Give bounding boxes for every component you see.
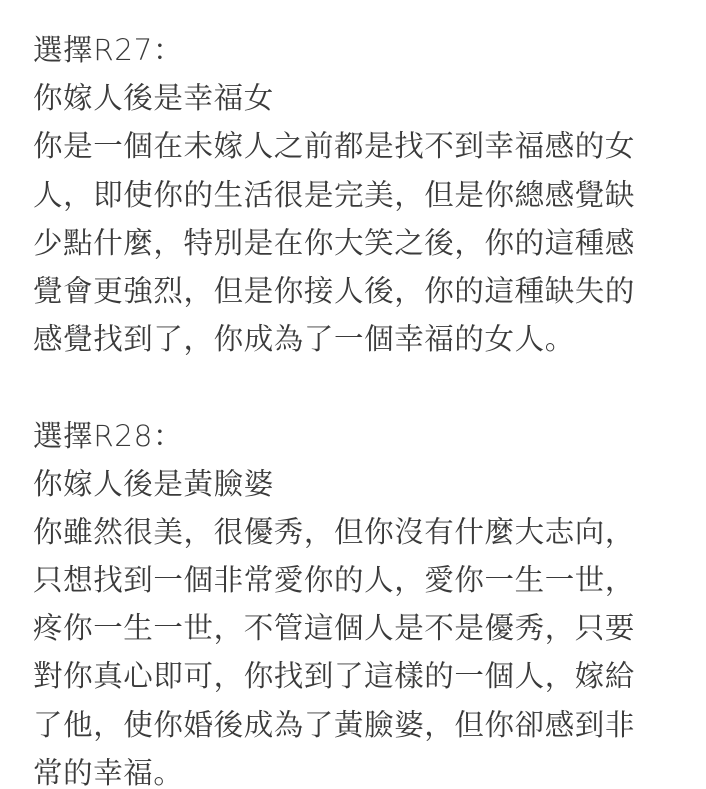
body-line: 你雖然很美，很優秀，但你沒有什麼大志向，	[33, 508, 693, 556]
body-line: 對你真心即可，你找到了這樣的一個人，嫁給	[33, 652, 693, 700]
section-r27: 選擇R27： 你嫁人後是幸福女 你是一個在未嫁人之前都是找不到幸福感的女 人，即…	[33, 26, 693, 363]
section-heading: 選擇R27：	[33, 26, 693, 74]
document-content: 選擇R27： 你嫁人後是幸福女 你是一個在未嫁人之前都是找不到幸福感的女 人，即…	[33, 26, 693, 789]
body-line: 感覺找到了，你成為了一個幸福的女人。	[33, 315, 693, 363]
body-line: 少點什麼，特別是在你大笑之後，你的這種感	[33, 219, 693, 267]
section-heading: 選擇R28：	[33, 412, 693, 460]
body-line: 覺會更強烈，但是你接人後，你的這種缺失的	[33, 267, 693, 315]
section-body: 你雖然很美，很優秀，但你沒有什麼大志向， 只想找到一個非常愛你的人，愛你一生一世…	[33, 508, 693, 789]
body-line: 常的幸福。	[33, 749, 693, 789]
body-line: 你是一個在未嫁人之前都是找不到幸福感的女	[33, 122, 693, 170]
body-line: 只想找到一個非常愛你的人，愛你一生一世，	[33, 556, 693, 604]
section-body: 你是一個在未嫁人之前都是找不到幸福感的女 人，即使你的生活很是完美，但是你總感覺…	[33, 122, 693, 363]
section-r28: 選擇R28： 你嫁人後是黃臉婆 你雖然很美，很優秀，但你沒有什麼大志向， 只想找…	[33, 412, 693, 789]
body-line: 了他，使你婚後成為了黃臉婆，但你卻感到非	[33, 701, 693, 749]
section-title: 你嫁人後是黃臉婆	[33, 460, 693, 508]
body-line: 疼你一生一世，不管這個人是不是優秀，只要	[33, 604, 693, 652]
section-title: 你嫁人後是幸福女	[33, 74, 693, 122]
body-line: 人，即使你的生活很是完美，但是你總感覺缺	[33, 171, 693, 219]
section-spacer	[33, 363, 693, 411]
